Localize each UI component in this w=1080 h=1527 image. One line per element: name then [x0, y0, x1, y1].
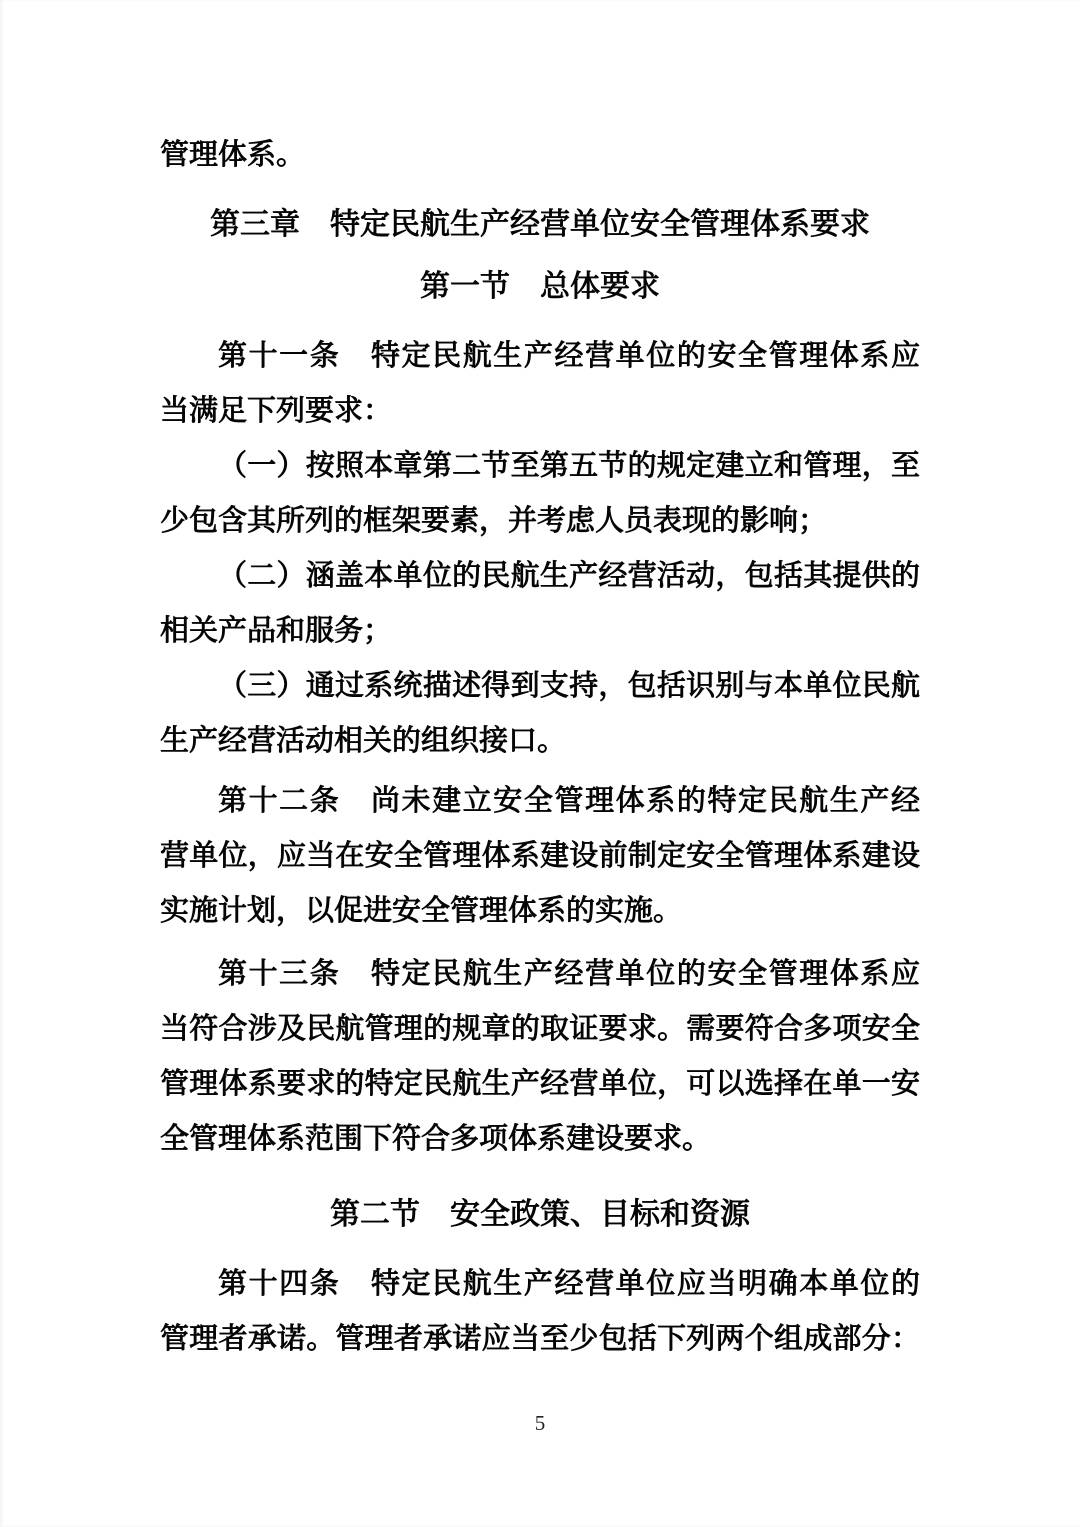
article-11-item-3-line-2: 生产经营活动相关的组织接口。 — [160, 714, 920, 769]
article-11-item-2-line-1: （二）涵盖本单位的民航生产经营活动，包括其提供的 — [160, 549, 920, 604]
article-14-line-2: 管理者承诺。管理者承诺应当至少包括下列两个组成部分： — [160, 1312, 920, 1367]
article-11-line-2: 当满足下列要求： — [160, 384, 920, 439]
article-12-line-1: 第十二条 尚未建立安全管理体系的特定民航生产经 — [160, 774, 920, 829]
article-11-line-1: 第十一条 特定民航生产经营单位的安全管理体系应 — [160, 329, 920, 384]
article-11-item-1-line-2: 少包含其所列的框架要素，并考虑人员表现的影响； — [160, 494, 920, 549]
document-body: 管理体系。 第三章 特定民航生产经营单位安全管理体系要求 第一节 总体要求 第十… — [160, 0, 920, 1367]
section-2-heading: 第二节 安全政策、目标和资源 — [160, 1187, 920, 1242]
page-number: 5 — [0, 1408, 1080, 1438]
paragraph-continuation-line: 管理体系。 — [160, 128, 920, 183]
article-11-item-1-line-1: （一）按照本章第二节至第五节的规定建立和管理，至 — [160, 439, 920, 494]
document-page: 管理体系。 第三章 特定民航生产经营单位安全管理体系要求 第一节 总体要求 第十… — [0, 0, 1080, 1527]
article-11-item-3-line-1: （三）通过系统描述得到支持，包括识别与本单位民航 — [160, 659, 920, 714]
chapter-heading: 第三章 特定民航生产经营单位安全管理体系要求 — [160, 197, 920, 252]
article-11-item-2-line-2: 相关产品和服务； — [160, 604, 920, 659]
article-14-line-1: 第十四条 特定民航生产经营单位应当明确本单位的 — [160, 1257, 920, 1312]
article-13-line-4: 全管理体系范围下符合多项体系建设要求。 — [160, 1112, 920, 1167]
article-13-line-3: 管理体系要求的特定民航生产经营单位，可以选择在单一安 — [160, 1057, 920, 1112]
article-12-line-2: 营单位，应当在安全管理体系建设前制定安全管理体系建设 — [160, 829, 920, 884]
article-13-line-2: 当符合涉及民航管理的规章的取证要求。需要符合多项安全 — [160, 1002, 920, 1057]
section-1-heading: 第一节 总体要求 — [160, 259, 920, 314]
article-12-line-3: 实施计划，以促进安全管理体系的实施。 — [160, 884, 920, 939]
article-13-line-1: 第十三条 特定民航生产经营单位的安全管理体系应 — [160, 947, 920, 1002]
